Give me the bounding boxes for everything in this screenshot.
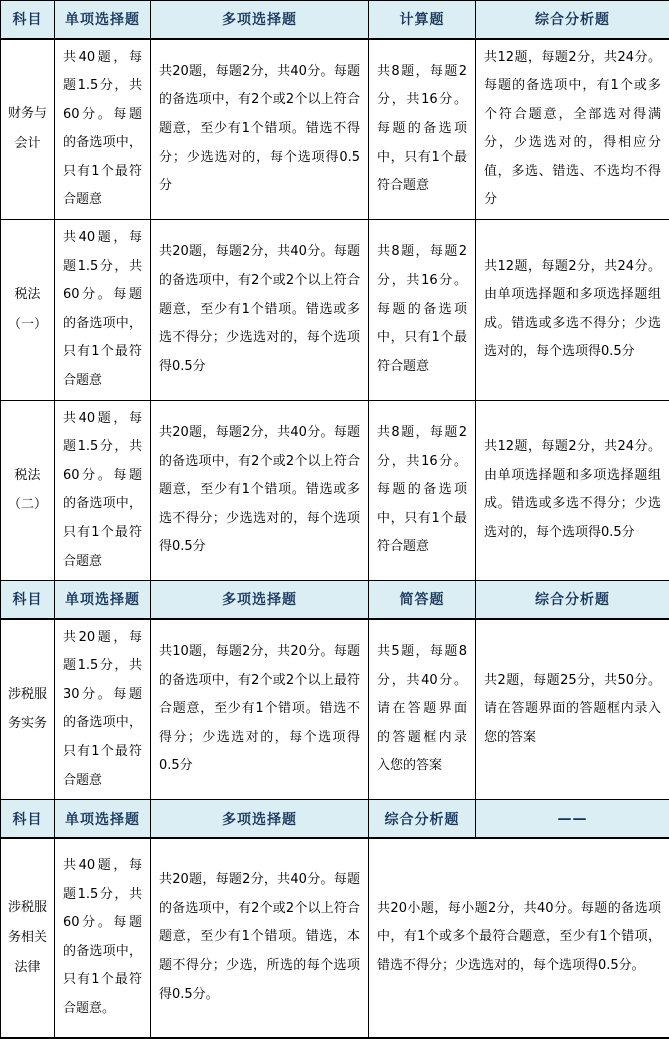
single-choice-cell: 共40题，每题1.5分，共60分。每题的备选项中，只有1个最符合题意。 xyxy=(55,838,151,1038)
subject-cell: 涉税服务实务 xyxy=(1,619,55,800)
short-answer-cell: 共5题，每题8分，共40分。请在答题界面的答题框内录入您的答案 xyxy=(369,619,476,800)
header-multi-choice: 多项选择题 xyxy=(151,1,369,39)
subject-cell: 涉税服务相关法律 xyxy=(1,838,55,1038)
header-comprehensive: 综合分析题 xyxy=(476,1,669,39)
comprehensive-cell: 共12题，每题2分，共24分。由单项选择题和多项选择题组成。错选或多选不得分；少… xyxy=(476,400,669,581)
table-row: 涉税服务相关法律 共40题，每题1.5分，共60分。每题的备选项中，只有1个最符… xyxy=(1,838,669,1038)
header-subject: 科目 xyxy=(1,581,55,619)
header-single-choice: 单项选择题 xyxy=(55,581,151,619)
exam-format-page: 科目 单项选择题 多项选择题 计算题 综合分析题 财务与会计 共40题，每题1.… xyxy=(0,0,669,1039)
table-row: 税法（二） 共40题，每题1.5分，共60分。每题的备选项中，只有1个最符合题意… xyxy=(1,400,669,581)
comprehensive-cell: 共12题，每题2分，共24分。由单项选择题和多项选择题组成。错选或多选不得分；少… xyxy=(476,220,669,401)
section2-header-row: 科目 单项选择题 多项选择题 简答题 综合分析题 xyxy=(1,581,669,619)
calculation-cell: 共8题，每题2分，共16分。每题的备选项中，只有1个最符合题意 xyxy=(369,39,476,220)
multi-choice-cell: 共10题，每题2分，共20分。每题的备选项中，有2个或2个以上最符合题意，至少有… xyxy=(151,619,369,800)
header-dash: —— xyxy=(476,800,669,838)
subject-cell: 财务与会计 xyxy=(1,39,55,220)
header-single-choice: 单项选择题 xyxy=(55,800,151,838)
comprehensive-cell: 共20小题，每小题2分，共40分。每题的备选项中，有1个或多个最符合题意，至少有… xyxy=(369,838,669,1038)
single-choice-cell: 共20题，每题1.5分，共30分。每题的备选项中，只有1个最符合题意 xyxy=(55,619,151,800)
single-choice-cell: 共40题，每题1.5分，共60分。每题的备选项中，只有1个最符合题意 xyxy=(55,400,151,581)
section1-header-row: 科目 单项选择题 多项选择题 计算题 综合分析题 xyxy=(1,1,669,39)
table-row: 财务与会计 共40题，每题1.5分，共60分。每题的备选项中，只有1个最符合题意… xyxy=(1,39,669,220)
single-choice-cell: 共40题，每题1.5分，共60分。每题的备选项中，只有1个最符合题意 xyxy=(55,220,151,401)
subject-cell: 税法（一） xyxy=(1,220,55,401)
header-comprehensive: 综合分析题 xyxy=(369,800,476,838)
header-multi-choice: 多项选择题 xyxy=(151,800,369,838)
single-choice-cell: 共40题，每题1.5分，共60分。每题的备选项中，只有1个最符合题意 xyxy=(55,39,151,220)
header-comprehensive: 综合分析题 xyxy=(476,581,669,619)
header-calculation: 计算题 xyxy=(369,1,476,39)
exam-format-table: 科目 单项选择题 多项选择题 计算题 综合分析题 财务与会计 共40题，每题1.… xyxy=(0,0,669,1039)
header-subject: 科目 xyxy=(1,1,55,39)
header-subject: 科目 xyxy=(1,800,55,838)
multi-choice-cell: 共20题，每题2分，共40分。每题的备选项中，有2个或2个以上符合题意，至少有1… xyxy=(151,838,369,1038)
comprehensive-cell: 共12题，每题2分，共24分。每题的备选项中，有1个或多个符合题意，全部选对得满… xyxy=(476,39,669,220)
comprehensive-cell: 共2题，每题25分，共50分。请在答题界面的答题框内录入您的答案 xyxy=(476,619,669,800)
multi-choice-cell: 共20题，每题2分，共40分。每题的备选项中，有2个或2个以上符合题意，至少有1… xyxy=(151,220,369,401)
header-multi-choice: 多项选择题 xyxy=(151,581,369,619)
table-row: 税法（一） 共40题，每题1.5分，共60分。每题的备选项中，只有1个最符合题意… xyxy=(1,220,669,401)
table-row: 涉税服务实务 共20题，每题1.5分，共30分。每题的备选项中，只有1个最符合题… xyxy=(1,619,669,800)
calculation-cell: 共8题，每题2分，共16分。每题的备选项中，只有1个最符合题意 xyxy=(369,220,476,401)
subject-cell: 税法（二） xyxy=(1,400,55,581)
section3-header-row: 科目 单项选择题 多项选择题 综合分析题 —— xyxy=(1,800,669,838)
header-short-answer: 简答题 xyxy=(369,581,476,619)
calculation-cell: 共8题，每题2分，共16分。每题的备选项中，只有1个最符合题意 xyxy=(369,400,476,581)
multi-choice-cell: 共20题，每题2分，共40分。每题的备选项中，有2个或2个以上符合题意，至少有1… xyxy=(151,39,369,220)
header-single-choice: 单项选择题 xyxy=(55,1,151,39)
multi-choice-cell: 共20题，每题2分，共40分。每题的备选项中，有2个或2个以上符合题意，至少有1… xyxy=(151,400,369,581)
